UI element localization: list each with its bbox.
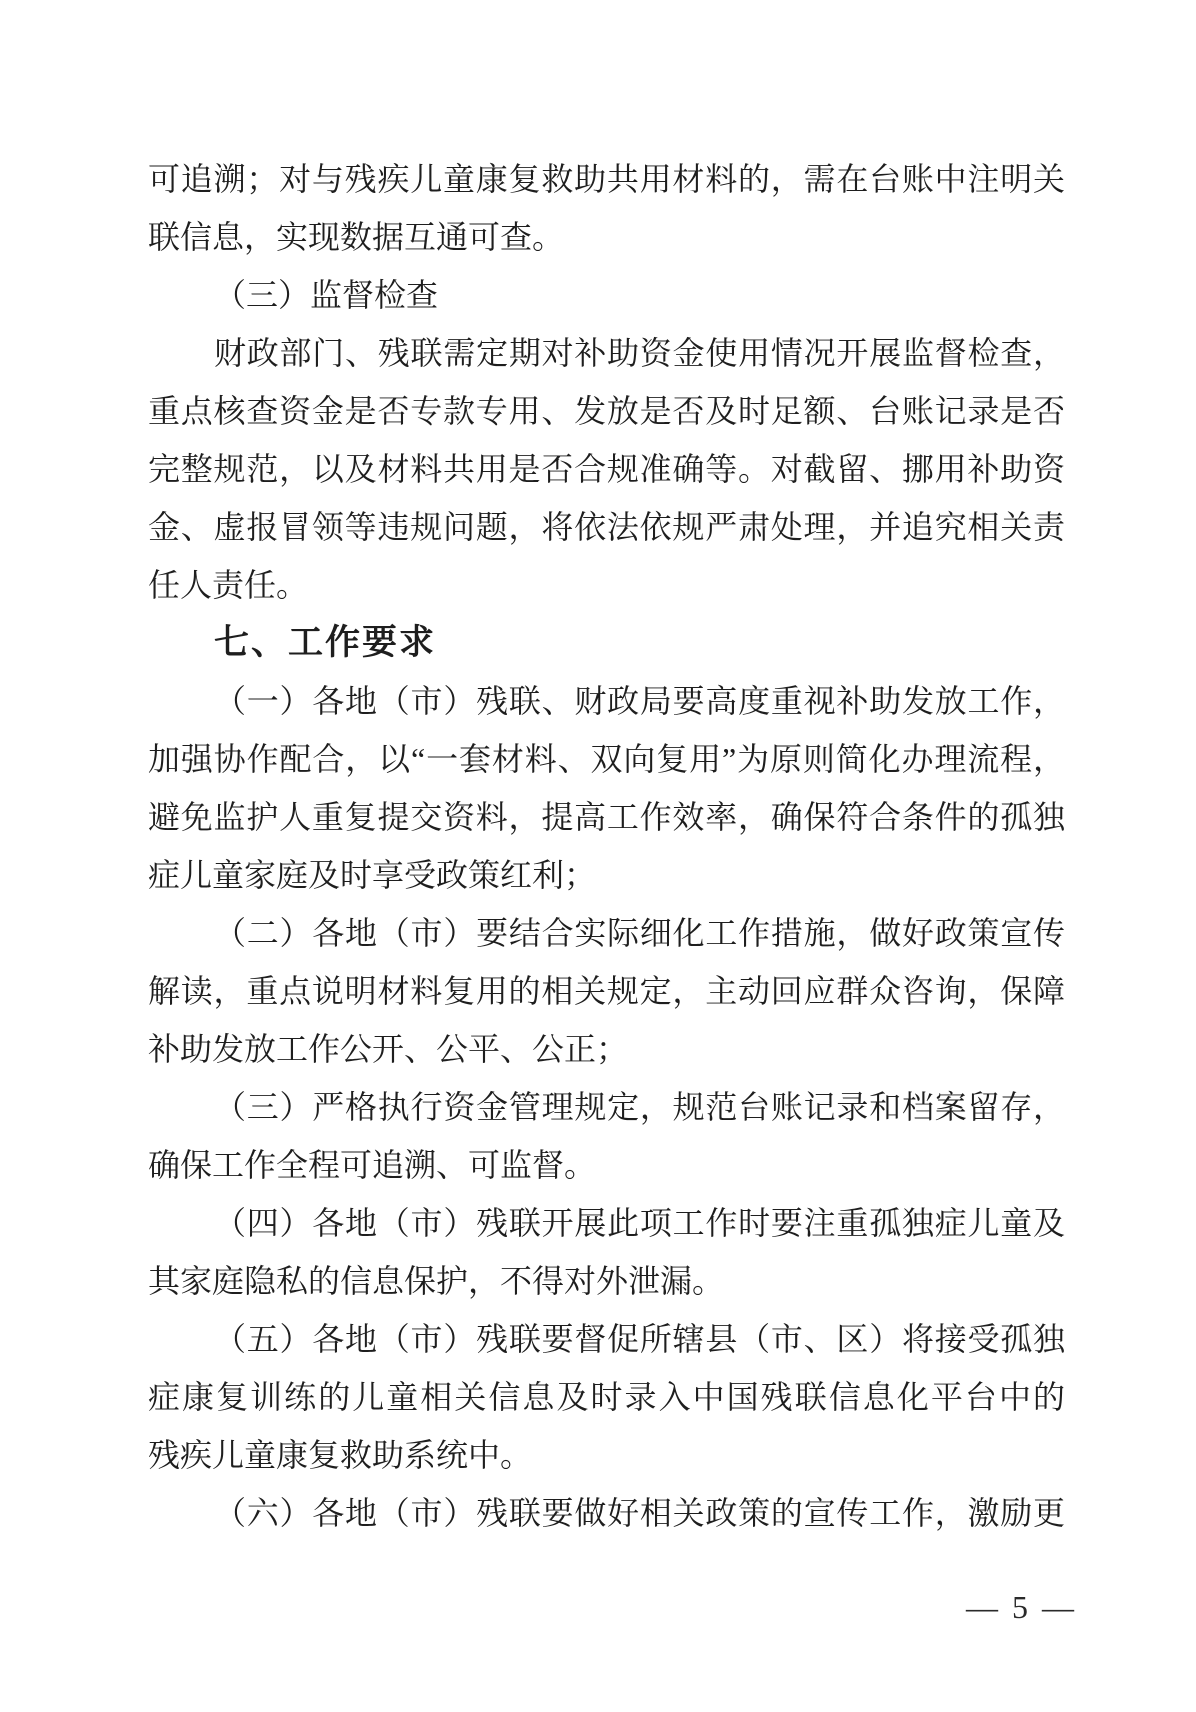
text-line: 解读，重点说明材料复用的相关规定，主动回应群众咨询，保障 bbox=[148, 962, 1065, 1020]
text-line: 任人责任。 bbox=[148, 556, 1065, 614]
text-line: 重点核查资金是否专款专用、发放是否及时足额、台账记录是否 bbox=[148, 382, 1065, 440]
text-line: 联信息，实现数据互通可查。 bbox=[148, 208, 1065, 266]
text-line: 确保工作全程可追溯、可监督。 bbox=[148, 1136, 1065, 1194]
text-line: （六）各地（市）残联要做好相关政策的宣传工作，激励更 bbox=[148, 1484, 1065, 1542]
page-number: — 5 — bbox=[966, 1589, 1077, 1625]
section-heading: 七、工作要求 bbox=[148, 614, 1065, 672]
text-line: 避免监护人重复提交资料，提高工作效率，确保符合条件的孤独 bbox=[148, 788, 1065, 846]
text-line: （四）各地（市）残联开展此项工作时要注重孤独症儿童及 bbox=[148, 1194, 1065, 1252]
text-line: （五）各地（市）残联要督促所辖县（市、区）将接受孤独 bbox=[148, 1310, 1065, 1368]
text-line: 加强协作配合，以“一套材料、双向复用”为原则简化办理流程， bbox=[148, 730, 1065, 788]
document-body: 可追溯；对与残疾儿童康复救助共用材料的，需在台账中注明关联信息，实现数据互通可查… bbox=[148, 150, 1065, 1542]
text-line: （三）监督检查 bbox=[148, 266, 1065, 324]
text-line: 补助发放工作公开、公平、公正； bbox=[148, 1020, 1065, 1078]
text-line: （三）严格执行资金管理规定，规范台账记录和档案留存， bbox=[148, 1078, 1065, 1136]
text-line: 财政部门、残联需定期对补助资金使用情况开展监督检查， bbox=[148, 324, 1065, 382]
text-line: 症康复训练的儿童相关信息及时录入中国残联信息化平台中的 bbox=[148, 1368, 1065, 1426]
text-line: 残疾儿童康复救助系统中。 bbox=[148, 1426, 1065, 1484]
text-line: （一）各地（市）残联、财政局要高度重视补助发放工作， bbox=[148, 672, 1065, 730]
text-line: 症儿童家庭及时享受政策红利； bbox=[148, 846, 1065, 904]
document-page: 可追溯；对与残疾儿童康复救助共用材料的，需在台账中注明关联信息，实现数据互通可查… bbox=[0, 0, 1196, 1712]
text-line: 金、虚报冒领等违规问题，将依法依规严肃处理，并追究相关责 bbox=[148, 498, 1065, 556]
text-line: 其家庭隐私的信息保护，不得对外泄漏。 bbox=[148, 1252, 1065, 1310]
text-line: 完整规范，以及材料共用是否合规准确等。对截留、挪用补助资 bbox=[148, 440, 1065, 498]
text-line: 可追溯；对与残疾儿童康复救助共用材料的，需在台账中注明关 bbox=[148, 150, 1065, 208]
text-line: （二）各地（市）要结合实际细化工作措施，做好政策宣传 bbox=[148, 904, 1065, 962]
